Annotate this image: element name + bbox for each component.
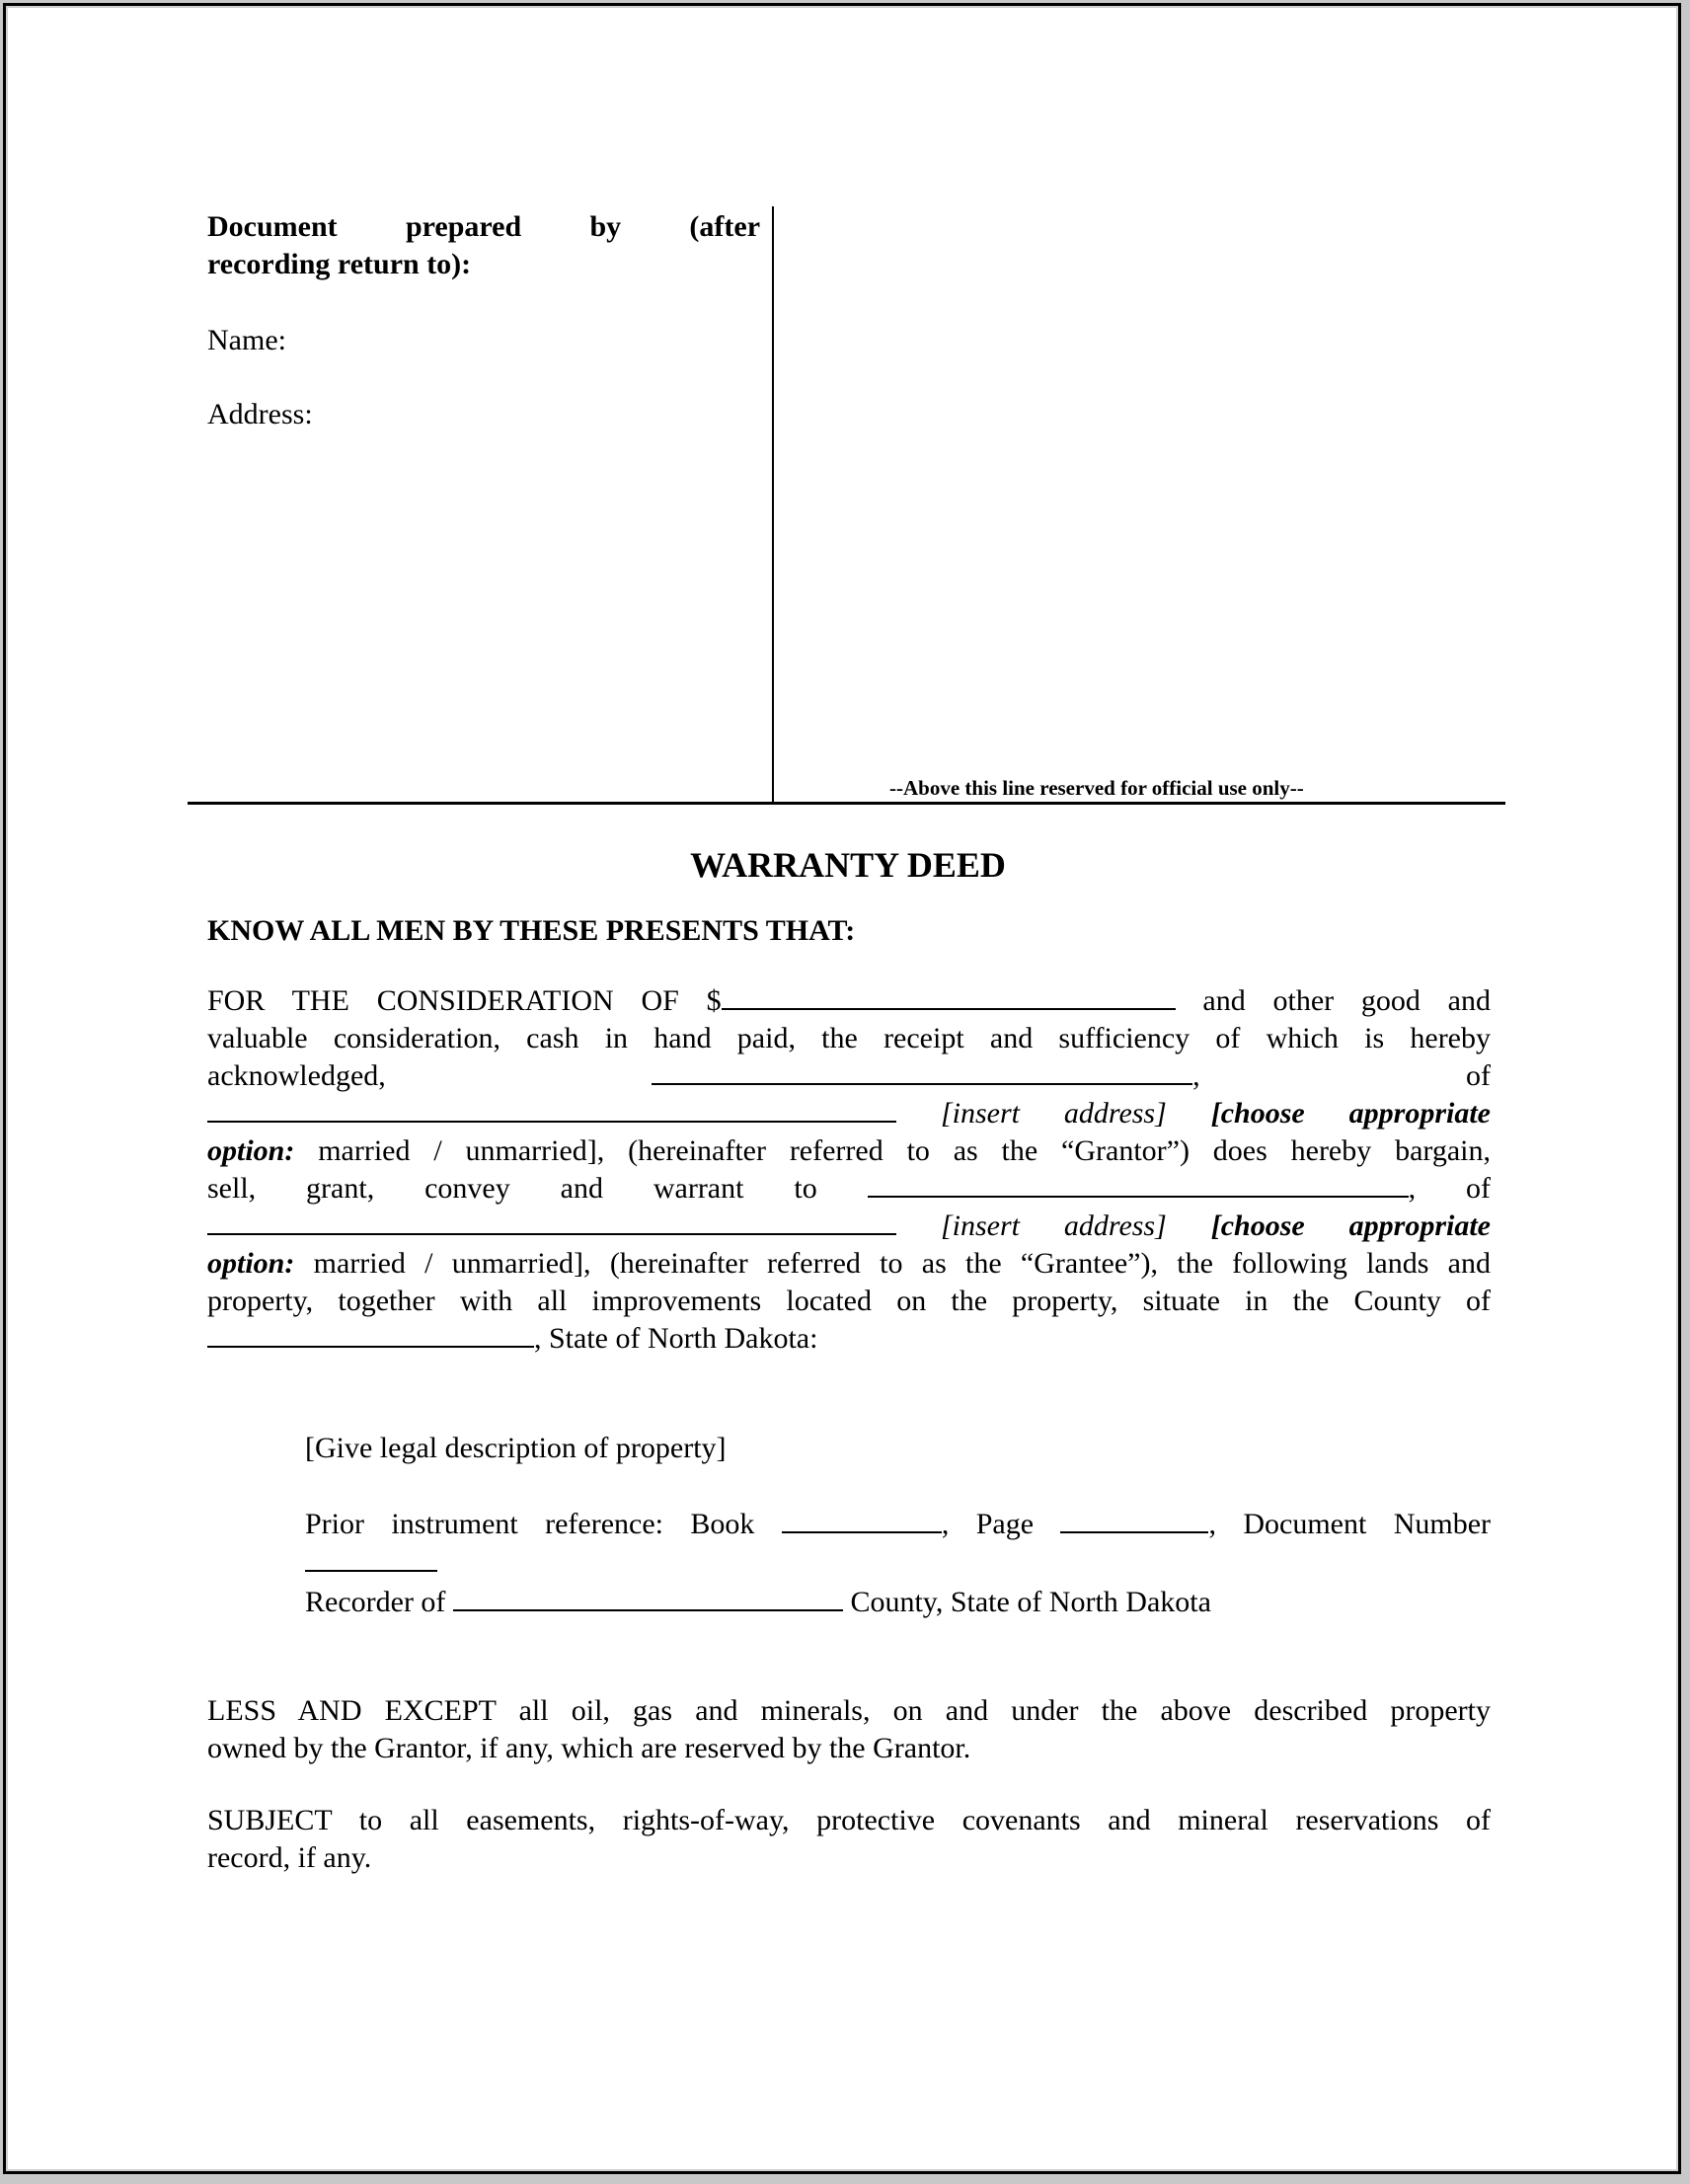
prepared-by-word: prepared xyxy=(406,210,521,243)
prior-instrument-line: Prior instrument reference: Book , Page … xyxy=(305,1506,1491,1543)
grantor-name-blank[interactable] xyxy=(652,1057,1192,1085)
prepared-by-word: Document xyxy=(207,210,338,243)
recorder-line: Recorder of County, State of North Dakot… xyxy=(305,1584,1491,1621)
document-number-blank[interactable] xyxy=(305,1543,437,1572)
para-line: acknowledged, , of xyxy=(207,1057,1491,1095)
consideration-amount-blank[interactable] xyxy=(722,982,1176,1010)
subject-to-line: SUBJECT to all easements, rights-of-way,… xyxy=(207,1802,1491,1839)
name-label: Name: xyxy=(207,322,286,359)
para-line: valuable consideration, cash in hand pai… xyxy=(207,1020,1491,1057)
prepared-by-word: (after xyxy=(689,210,760,243)
document-title: WARRANTY DEED xyxy=(6,845,1690,885)
address-label: Address: xyxy=(207,396,313,433)
intro-heading: KNOW ALL MEN BY THESE PRESENTS THAT: xyxy=(207,912,855,950)
prepared-by-line2: recording return to): xyxy=(207,246,760,283)
document-page: Document prepared by (after recording re… xyxy=(3,3,1681,2174)
para-line: [insert address] [choose appropriate xyxy=(207,1208,1491,1245)
book-blank[interactable] xyxy=(782,1506,942,1533)
header-divider-vertical xyxy=(772,206,774,804)
para-line: sell, grant, convey and warrant to , of xyxy=(207,1170,1491,1208)
prepared-by-word: by xyxy=(589,210,621,243)
less-except-line: LESS AND EXCEPT all oil, gas and mineral… xyxy=(207,1692,1491,1730)
recorder-county-blank[interactable] xyxy=(453,1584,843,1611)
para-line: option: married / unmarried], (hereinaft… xyxy=(207,1132,1491,1170)
grantee-name-blank[interactable] xyxy=(868,1170,1409,1198)
prepared-by-heading: Document prepared by (after recording re… xyxy=(207,208,760,283)
legal-description-placeholder: [Give legal description of property] xyxy=(305,1430,1491,1467)
grantor-address-blank[interactable] xyxy=(207,1095,896,1123)
document-number-line xyxy=(305,1543,1491,1581)
recording-area-rule xyxy=(188,802,1505,805)
para-line: option: married / unmarried], (hereinaft… xyxy=(207,1245,1491,1283)
para-line: , State of North Dakota: xyxy=(207,1320,1491,1358)
grantee-address-blank[interactable] xyxy=(207,1208,896,1235)
para-line: [insert address] [choose appropriate xyxy=(207,1095,1491,1132)
subject-to-line: record, if any. xyxy=(207,1839,1491,1877)
para-line: property, together with all improvements… xyxy=(207,1283,1491,1320)
page-blank[interactable] xyxy=(1060,1506,1208,1533)
county-blank[interactable] xyxy=(207,1320,534,1348)
less-except-line: owned by the Grantor, if any, which are … xyxy=(207,1730,1491,1767)
para-line: FOR THE CONSIDERATION OF $ and other goo… xyxy=(207,982,1491,1020)
official-use-note: --Above this line reserved for official … xyxy=(889,776,1304,800)
